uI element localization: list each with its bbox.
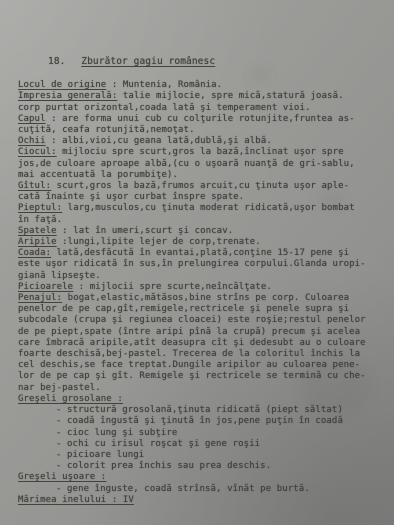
fault-item: - cioc lung şi subţire	[18, 428, 384, 439]
entry-capul: Capul : are forma unui cub cu colţurile …	[18, 114, 384, 136]
fault-item: - colorit prea închis sau prea deschis.	[18, 461, 384, 472]
entry-ochii: Ochii : albi,vioi,cu geana lată,dublă,şi…	[18, 136, 384, 147]
entry-pieptul: Pieptul: larg,musculos,cu ţinuta moderat…	[18, 203, 384, 225]
fault-item: - picioare lungi	[18, 450, 384, 461]
breed-title: Zburător gagiu românesc	[81, 56, 215, 67]
document-body: 18. Zburător gagiu românesc Locul de ori…	[18, 56, 384, 506]
fault-item: - gene înguste, coadă strînsă, vînăt pe …	[18, 484, 384, 495]
faults-major-heading: Greşeli grosolane :	[18, 394, 384, 405]
fault-item: - ochi cu irisul roşcat şi gene roşii	[18, 439, 384, 450]
scanned-document-page: 18. Zburător gagiu românesc Locul de ori…	[0, 0, 394, 525]
entry-ciocul: Ciocul: mijlociu spre scurt,gros la bază…	[18, 147, 384, 181]
entry-picioarele: Picioarele : mijlocii spre scurte,neîncă…	[18, 282, 384, 293]
entry-locul-de-origine: Locul de origine : Muntenia, România.	[18, 80, 384, 91]
entry-impresia-generala: Impresia generală: talie mijlocie, spre …	[18, 91, 384, 113]
faults-minor-heading: Greşeli uşoare :	[18, 472, 384, 483]
entry-spatele: Spatele : lat în umeri,scurt şi concav.	[18, 226, 384, 237]
entry-aripile: Aripile :lungi,lipite lejer de corp,tren…	[18, 237, 384, 248]
entry-coada: Coada: lată,desfăcută în evantai,plată,c…	[18, 248, 384, 282]
entry-penajul: Penajul: bogat,elastic,mătăsos,bine strî…	[18, 293, 384, 394]
document-title: 18. Zburător gagiu românesc	[48, 56, 384, 67]
fault-item: - coadă îngustă şi ţinută în jos,pene pu…	[18, 416, 384, 427]
ring-size-line: Mărimea inelului : IV	[18, 495, 384, 506]
fault-item: - structură grosolană,ţinuta ridicată (p…	[18, 405, 384, 416]
section-number: 18.	[48, 56, 65, 67]
entry-gitul: Gîtul: scurt,gros la bază,frumos arcuit,…	[18, 181, 384, 203]
